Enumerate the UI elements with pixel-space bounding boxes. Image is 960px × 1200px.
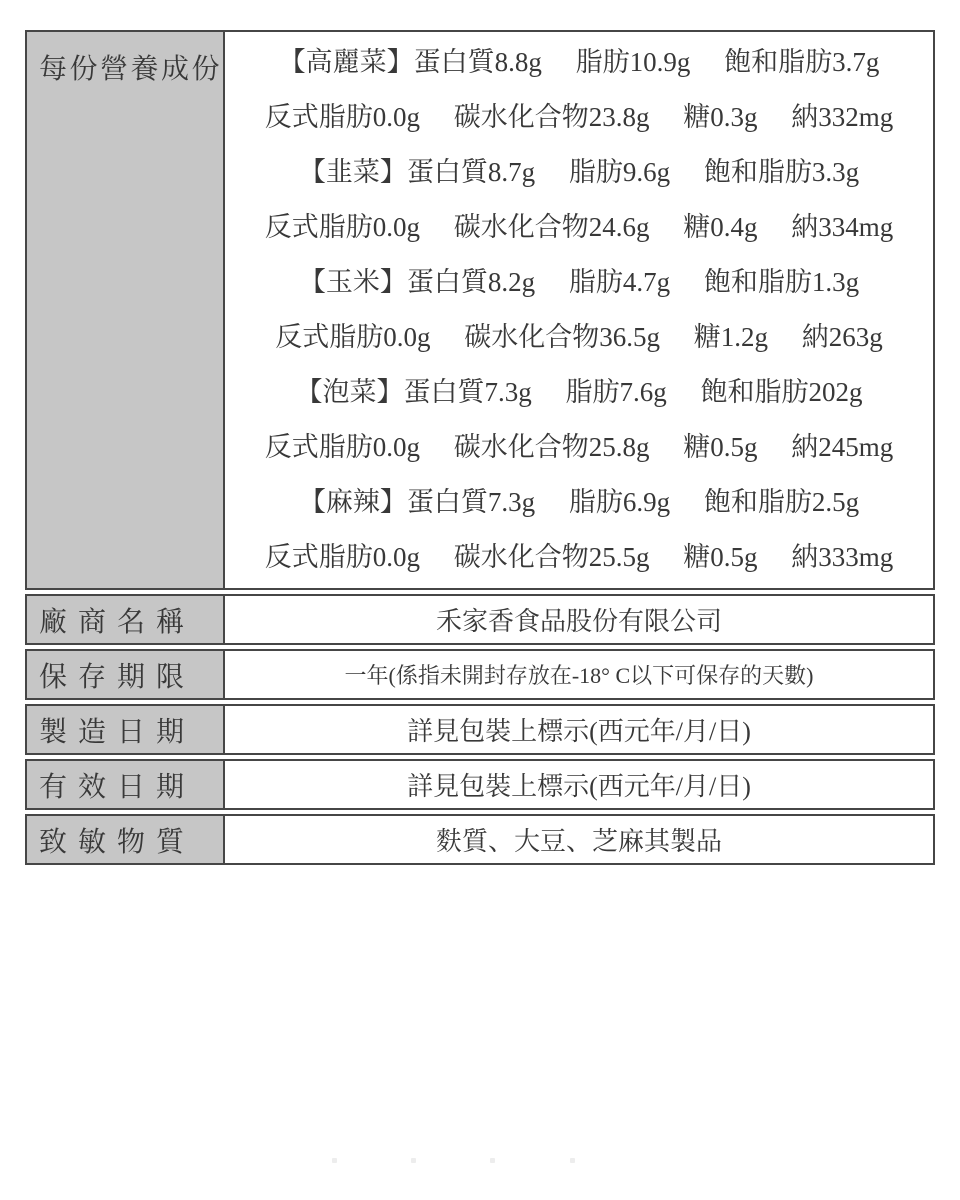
nutrition-line-spicy-1: 【麻辣】蛋白質7.3g 脂肪6.9g 飽和脂肪2.5g <box>225 475 933 530</box>
product-info-table: 每份營養成份 【高麗菜】蛋白質8.8g 脂肪10.9g 飽和脂肪3.7g 反式脂… <box>25 30 935 869</box>
row-manufacture-date-value: 詳見包裝上標示(西元年/月/日) <box>225 706 933 753</box>
row-expiry-date-label: 有效日期 <box>27 761 225 808</box>
row-manufacture-date-label: 製造日期 <box>27 706 225 753</box>
nutrition-line-cabbage-2: 反式脂肪0.0g 碳水化合物23.8g 糖0.3g 納332mg <box>225 90 933 145</box>
row-shelf-life: 保存期限 一年(係指未開封存放在-18° C以下可保存的天數) <box>25 649 935 700</box>
row-expiry-date-value: 詳見包裝上標示(西元年/月/日) <box>225 761 933 808</box>
nutrition-line-chive-1: 【韭菜】蛋白質8.7g 脂肪9.6g 飽和脂肪3.3g <box>225 145 933 200</box>
row-allergens: 致敏物質 麩質、大豆、芝麻其製品 <box>25 814 935 865</box>
nutrition-row: 每份營養成份 【高麗菜】蛋白質8.8g 脂肪10.9g 飽和脂肪3.7g 反式脂… <box>25 30 935 590</box>
row-manufacturer: 廠商名稱 禾家香食品股份有限公司 <box>25 594 935 645</box>
scan-artifact-dot <box>490 1158 495 1163</box>
row-manufacturer-value: 禾家香食品股份有限公司 <box>225 596 933 643</box>
row-manufacturer-label: 廠商名稱 <box>27 596 225 643</box>
nutrition-line-cabbage-1: 【高麗菜】蛋白質8.8g 脂肪10.9g 飽和脂肪3.7g <box>225 35 933 90</box>
nutrition-line-corn-2: 反式脂肪0.0g 碳水化合物36.5g 糖1.2g 納263g <box>225 310 933 365</box>
scan-artifact-dot <box>411 1158 416 1163</box>
row-allergens-label: 致敏物質 <box>27 816 225 863</box>
scan-artifact-dot <box>570 1158 575 1163</box>
row-shelf-life-value: 一年(係指未開封存放在-18° C以下可保存的天數) <box>225 651 933 698</box>
scan-artifact-dot <box>332 1158 337 1163</box>
row-shelf-life-label: 保存期限 <box>27 651 225 698</box>
nutrition-line-kimchi-1: 【泡菜】蛋白質7.3g 脂肪7.6g 飽和脂肪202g <box>225 365 933 420</box>
nutrition-row-label: 每份營養成份 <box>27 32 225 588</box>
nutrition-row-content: 【高麗菜】蛋白質8.8g 脂肪10.9g 飽和脂肪3.7g 反式脂肪0.0g 碳… <box>225 32 933 588</box>
row-expiry-date: 有效日期 詳見包裝上標示(西元年/月/日) <box>25 759 935 810</box>
row-allergens-value: 麩質、大豆、芝麻其製品 <box>225 816 933 863</box>
nutrition-line-corn-1: 【玉米】蛋白質8.2g 脂肪4.7g 飽和脂肪1.3g <box>225 255 933 310</box>
row-manufacture-date: 製造日期 詳見包裝上標示(西元年/月/日) <box>25 704 935 755</box>
nutrition-line-chive-2: 反式脂肪0.0g 碳水化合物24.6g 糖0.4g 納334mg <box>225 200 933 255</box>
nutrition-line-kimchi-2: 反式脂肪0.0g 碳水化合物25.8g 糖0.5g 納245mg <box>225 420 933 475</box>
nutrition-line-spicy-2: 反式脂肪0.0g 碳水化合物25.5g 糖0.5g 納333mg <box>225 530 933 585</box>
